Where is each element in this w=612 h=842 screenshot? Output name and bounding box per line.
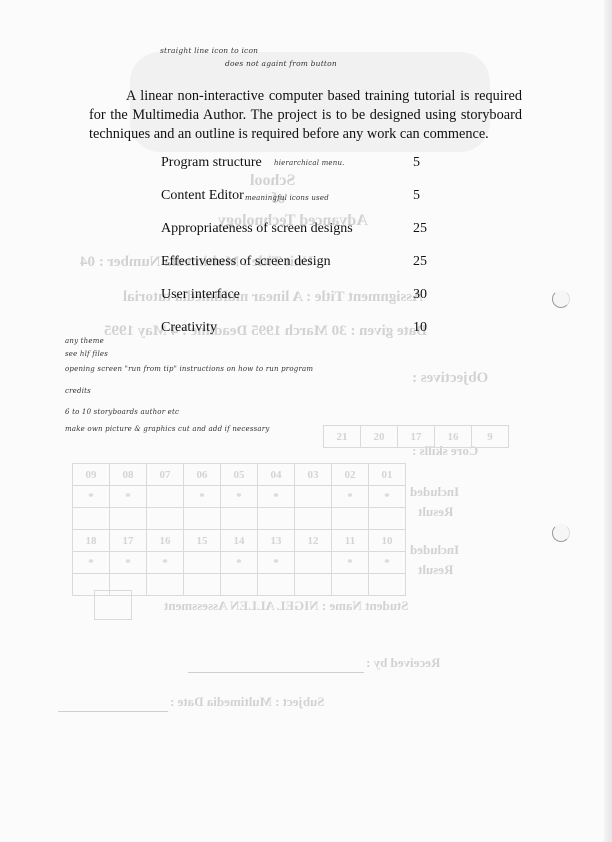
criterion-label: Creativity	[161, 320, 217, 336]
bleed-line	[58, 711, 168, 712]
bleed-text: Objectives :	[412, 370, 488, 387]
bleed-text: Included	[410, 542, 459, 558]
bleed-cell: 04	[258, 464, 295, 486]
bleed-text: Result	[418, 504, 453, 520]
bleed-cell: 06	[184, 464, 221, 486]
bleed-cell: 09	[73, 464, 110, 486]
criterion-note: meaningful icons used	[245, 194, 329, 202]
criterion-label: Program structure	[161, 155, 262, 171]
bleed-core-skills-grid: 09 08 07 06 05 04 03 02 01 ******* 18 17…	[72, 463, 406, 596]
handwritten-annotation: does not againt from button	[225, 59, 337, 68]
bleed-cell: 11	[332, 530, 369, 552]
bleed-objectives-grid: 21 20 17 16 9	[323, 425, 509, 448]
bleed-text: Included	[410, 484, 459, 500]
handwritten-note: make own picture & graphics cut and add …	[65, 425, 270, 433]
criterion-marks: 30	[413, 287, 443, 303]
criterion-label: User interface	[161, 287, 240, 303]
criterion-note: hierarchical menu.	[274, 159, 345, 167]
bleed-cell: 15	[184, 530, 221, 552]
page-edge	[604, 0, 612, 842]
bleed-cell: 17	[398, 426, 435, 448]
bleed-text: Date given : 30 March 1995 Deadline : 4 …	[104, 323, 427, 340]
bleed-line	[188, 672, 364, 673]
bleed-cell: 17	[110, 530, 147, 552]
bleed-cell: 9	[472, 426, 509, 448]
bleed-cell: 01	[369, 464, 406, 486]
bleed-cell: 05	[221, 464, 258, 486]
handwritten-note: any theme	[65, 337, 104, 345]
bleed-cell: 21	[324, 426, 361, 448]
bleed-cell: 02	[332, 464, 369, 486]
handwritten-annotation: straight line icon to icon	[160, 46, 258, 55]
handwritten-note: see hlf files	[65, 350, 108, 358]
bleed-cell: 16	[147, 530, 184, 552]
bleed-cell: 10	[369, 530, 406, 552]
bleed-cell: 20	[361, 426, 398, 448]
handwritten-note: 6 to 10 storyboards author etc	[65, 408, 179, 416]
criterion-label: Appropriateness of screen designs	[161, 221, 353, 237]
criterion-label: Content Editor	[161, 188, 244, 204]
criterion-marks: 5	[413, 155, 443, 171]
assignment-description: A linear non-interactive computer based …	[89, 87, 522, 144]
punch-hole	[552, 290, 570, 308]
bleed-text: Subject : Multimedia Date :	[170, 694, 325, 710]
criterion-marks: 25	[413, 221, 443, 237]
handwritten-note: opening screen "run from tip" instructio…	[65, 365, 313, 373]
criterion-label: Effectiveness of screen design	[161, 254, 331, 270]
bleed-text: Student Name : NIGEL ALLEN Assessment	[164, 598, 409, 614]
bleed-cell: 14	[221, 530, 258, 552]
bleed-cell: 12	[295, 530, 332, 552]
bleed-cell: 18	[73, 530, 110, 552]
bleed-cell: 16	[435, 426, 472, 448]
bleed-cell: 07	[147, 464, 184, 486]
criterion-marks: 10	[413, 320, 443, 336]
bleed-text: Received by :	[366, 655, 440, 671]
punch-hole	[552, 524, 570, 542]
bleed-cell: 08	[110, 464, 147, 486]
criterion-marks: 5	[413, 188, 443, 204]
criterion-marks: 25	[413, 254, 443, 270]
bleed-text: Result	[418, 562, 453, 578]
bleed-text: School	[250, 172, 295, 190]
bleed-cell: 13	[258, 530, 295, 552]
bleed-cell: 03	[295, 464, 332, 486]
handwritten-note: credits	[65, 387, 91, 395]
